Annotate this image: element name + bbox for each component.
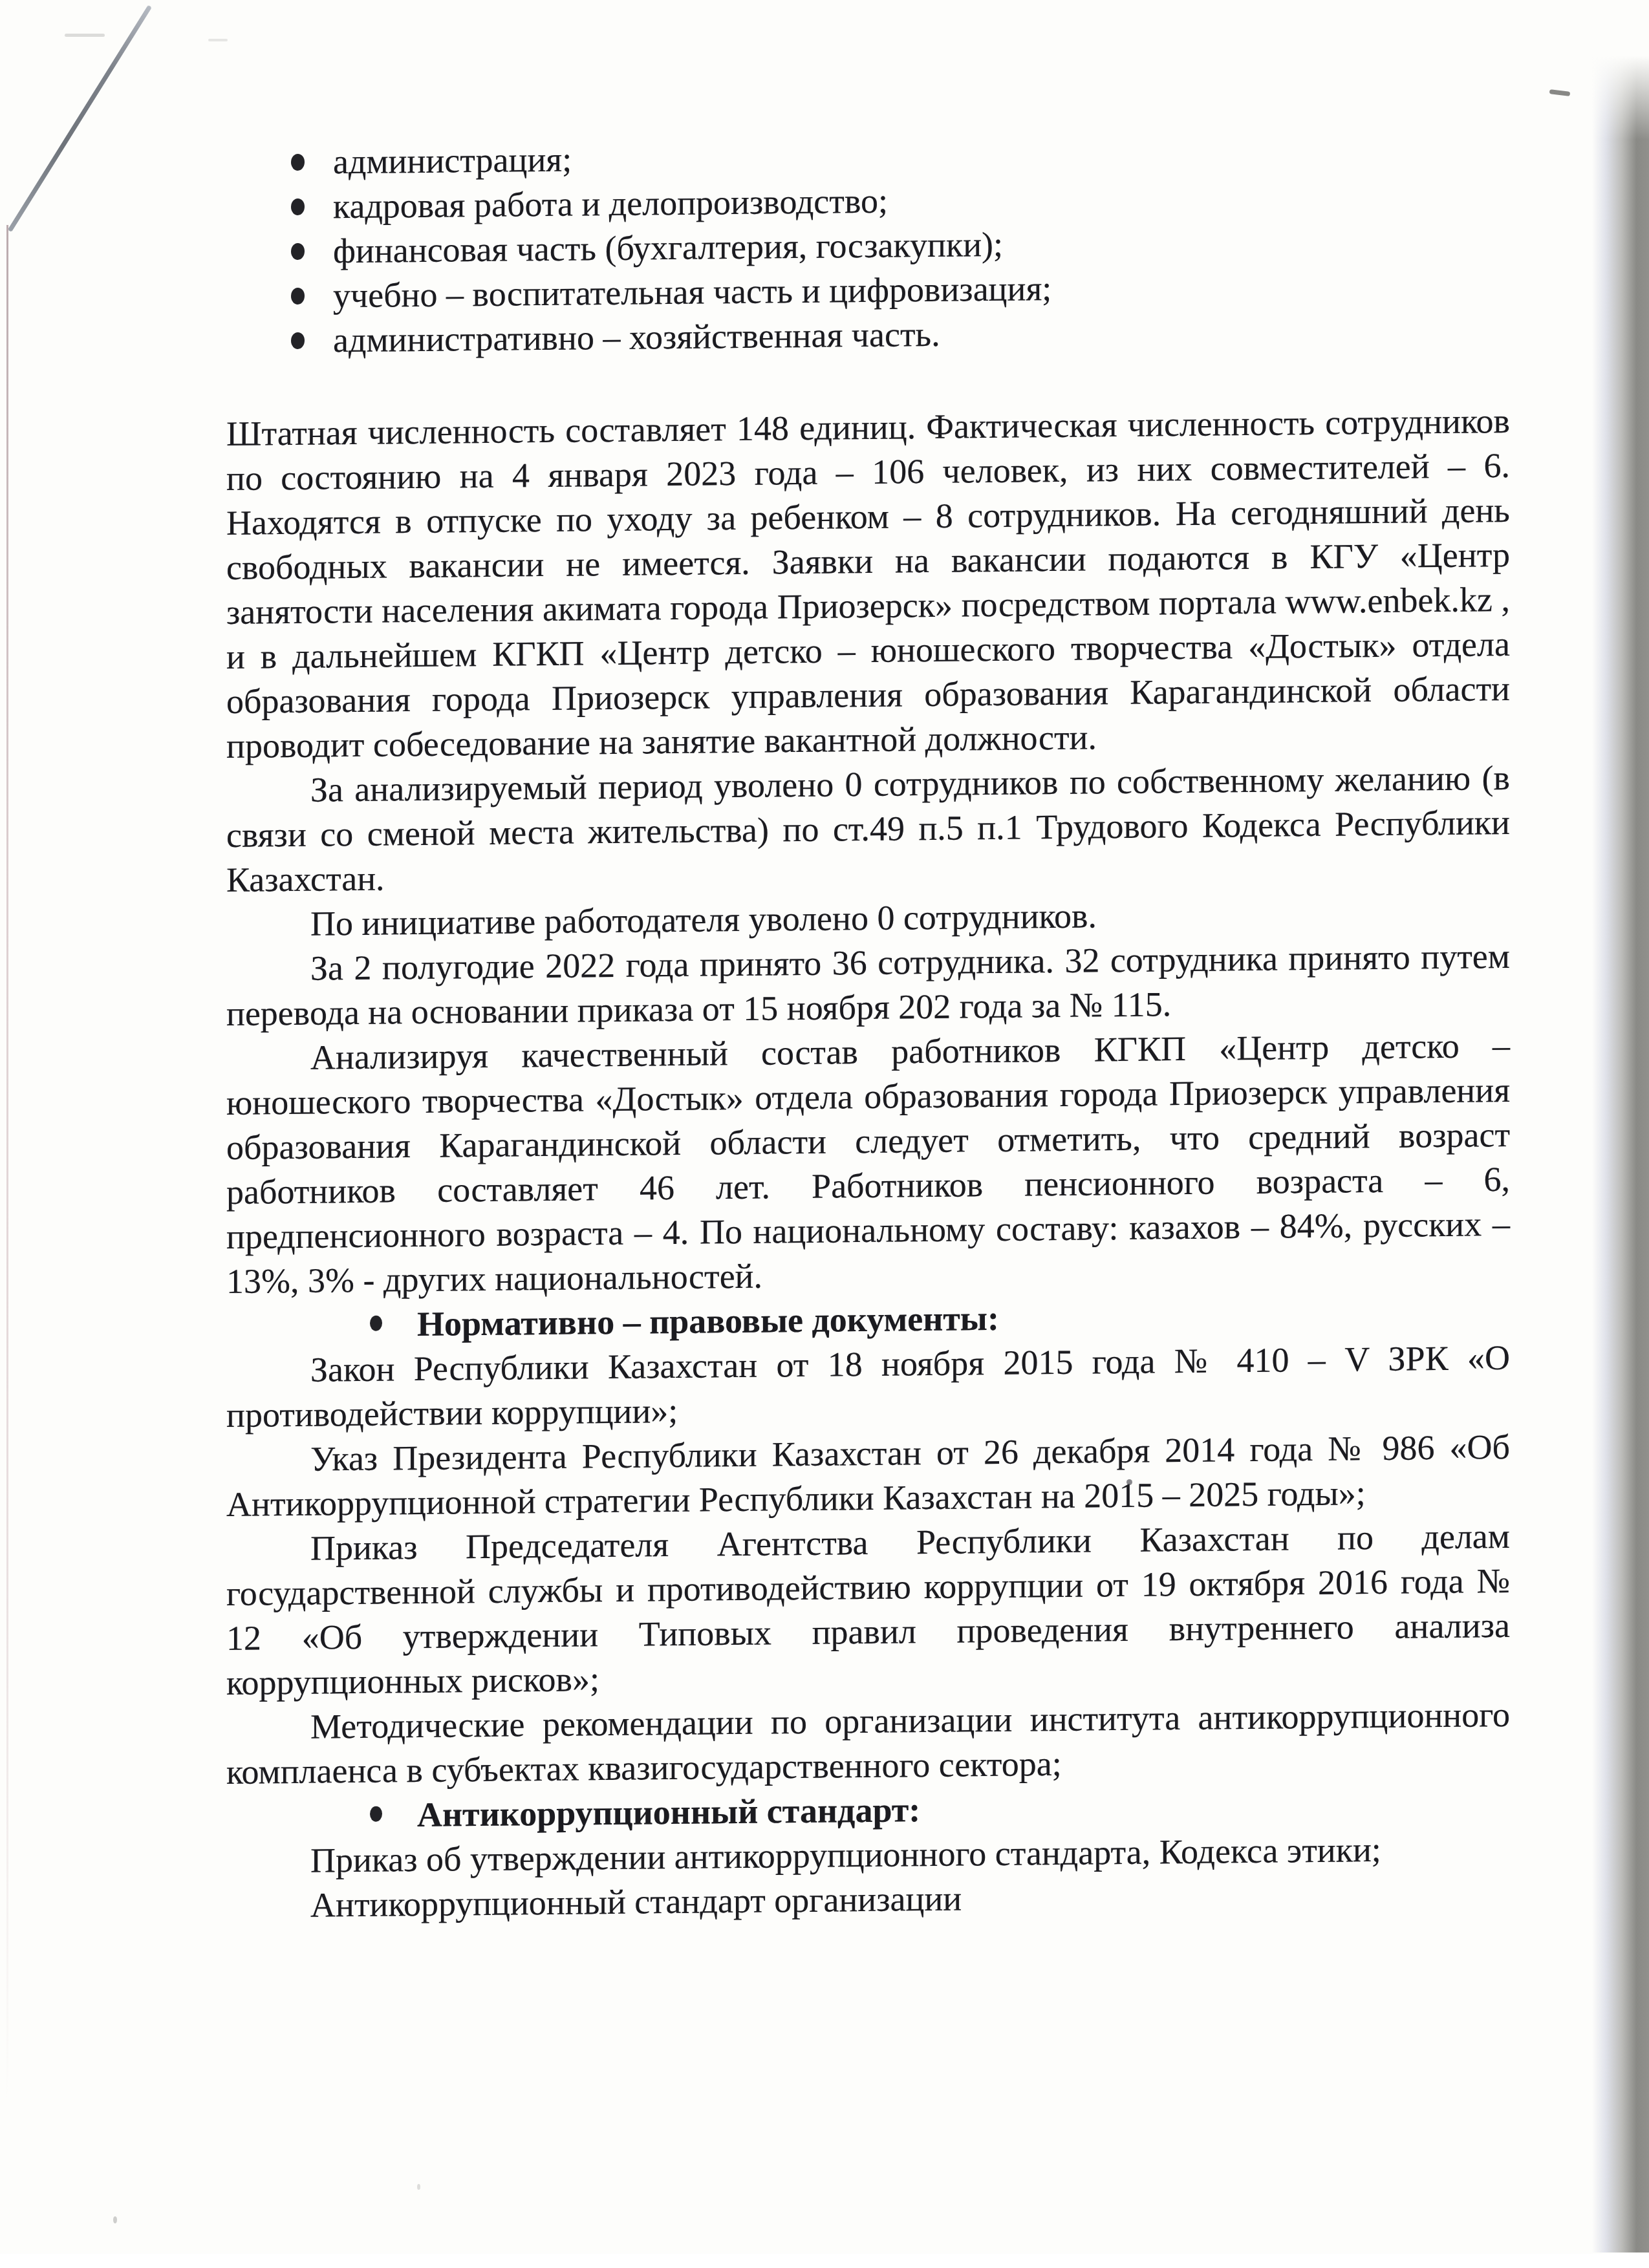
scan-speck (1126, 1479, 1132, 1485)
right-scanner-shadow-fade (1592, 56, 1649, 140)
scan-speck (417, 2184, 420, 2190)
list-item-label: кадровая работа и делопроизводство; (333, 182, 888, 226)
para-presidential-decree: Указ Президента Республики Казахстан от … (226, 1425, 1510, 1527)
bullet-icon (291, 288, 305, 305)
para-staffing: Штатная численность составляет 148 едини… (226, 399, 1510, 769)
para-agency-order: Приказ Председателя Агентства Республики… (226, 1514, 1510, 1706)
bullet-icon (291, 332, 305, 349)
list-item-label: администрация; (333, 140, 572, 182)
para-methodical-recommendations: Методические рекомендации по организации… (226, 1693, 1510, 1795)
bullet-icon (291, 198, 305, 215)
para-dismissed-own-will: За анализируемый период уволено 0 сотруд… (226, 756, 1510, 903)
para-staff-analysis: Анализируя качественный состав работнико… (226, 1023, 1510, 1304)
list-item-label: учебно – воспитательная часть и цифровиз… (333, 269, 1051, 315)
bullet-icon (291, 243, 305, 260)
list-item-label: финансовая часть (бухгалтерия, госзакупк… (333, 225, 1003, 270)
scan-speck (113, 2216, 117, 2223)
left-scan-edge-line (6, 225, 8, 2100)
bottom-scan-edge (0, 2254, 1649, 2268)
page-corner-fold-line (8, 5, 152, 232)
document-body: администрация; кадровая работа и делопро… (226, 128, 1510, 1929)
heading-label: Антикоррупционный стандарт: (417, 1790, 920, 1834)
scan-speck (1549, 89, 1571, 96)
bullet-icon (370, 1806, 382, 1822)
bullet-icon (370, 1316, 382, 1331)
list-item-label: административно – хозяйственная часть. (333, 315, 940, 360)
right-scanner-shadow (1592, 56, 1649, 2252)
para-law-anticorruption: Закон Республики Казахстан от 18 ноября … (226, 1336, 1510, 1438)
bullet-icon (291, 154, 305, 171)
scan-speck (65, 34, 105, 37)
para-hired: За 2 полугодие 2022 года принято 36 сотр… (226, 934, 1510, 1036)
heading-label: Нормативно – правовые документы: (417, 1299, 999, 1343)
department-list: администрация; кадровая работа и делопро… (226, 128, 1510, 364)
scanned-page: администрация; кадровая работа и делопро… (0, 0, 1649, 2268)
scan-speck (208, 39, 228, 41)
